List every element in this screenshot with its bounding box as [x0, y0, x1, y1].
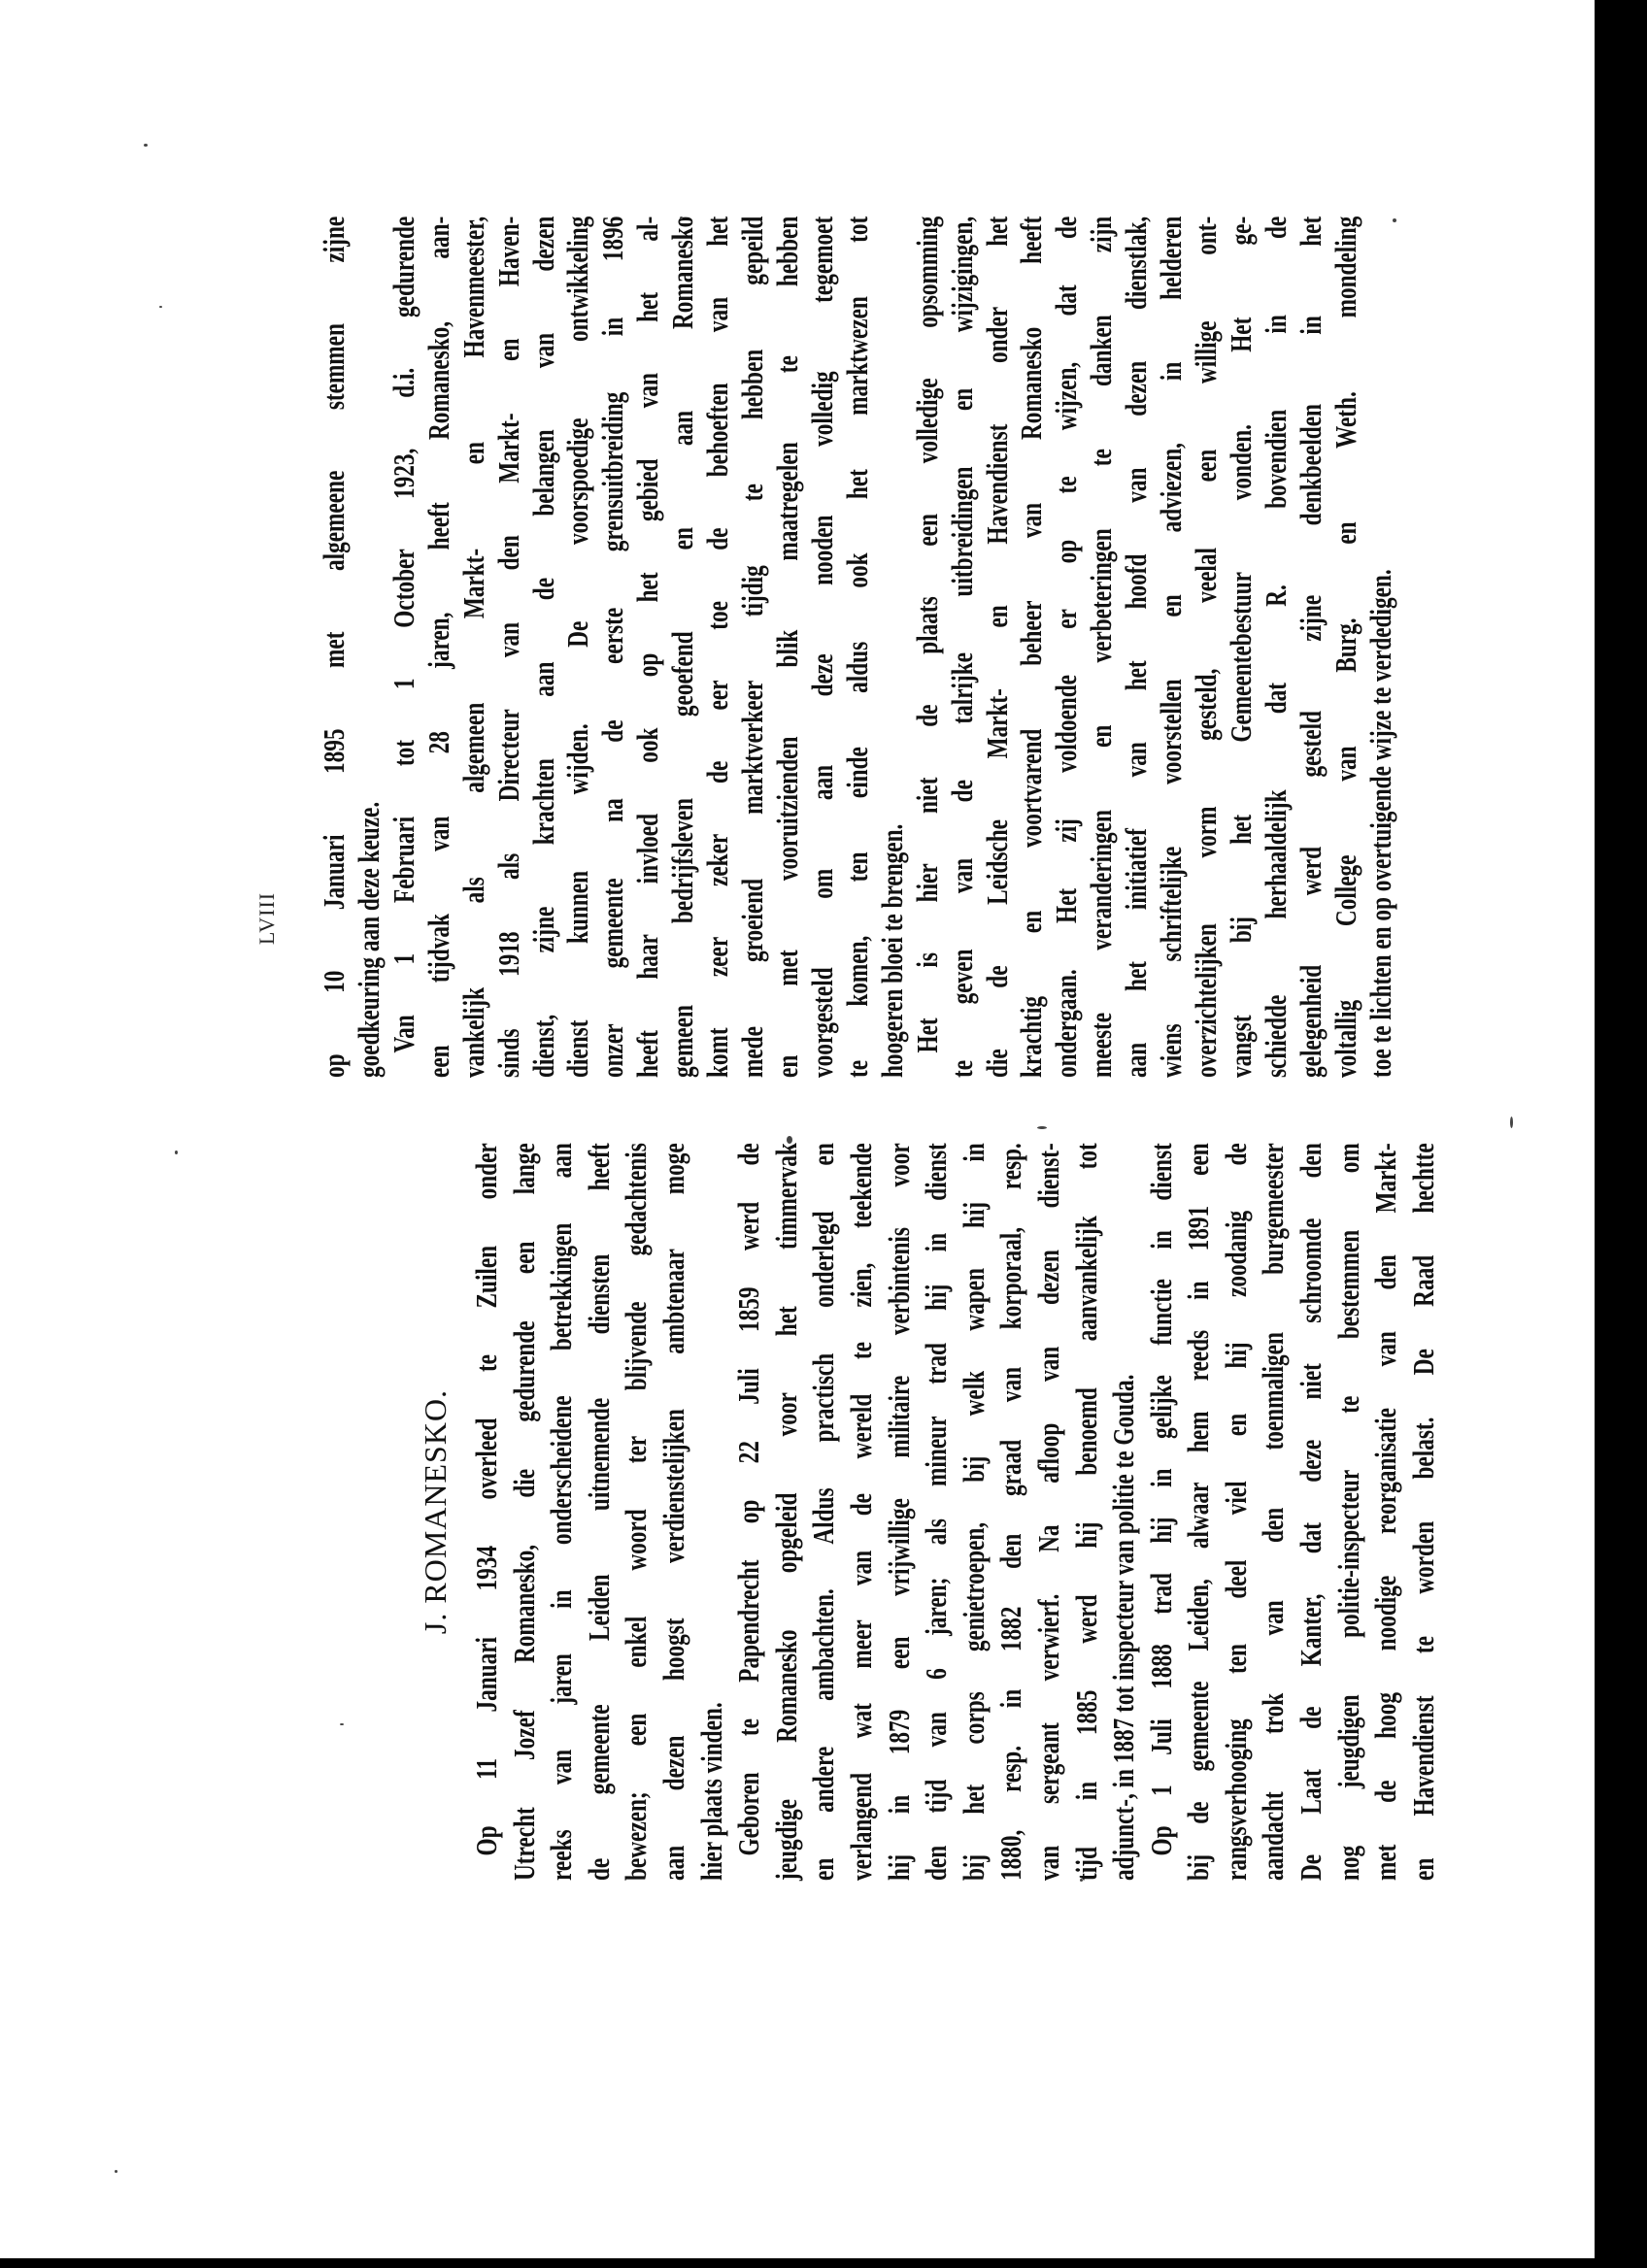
- text-line: dienst, zijne krachten aan de belangen v…: [526, 217, 561, 1078]
- text-line: heeft haar invloed ook op het gebied van…: [630, 217, 665, 1078]
- article-title: J. ROMANESKO.: [418, 1143, 454, 1881]
- text-line: op 10 Januari 1895 met algemeene stemmen…: [317, 217, 352, 1078]
- text-line: aan het initiatief van het hoofd van dez…: [1119, 217, 1154, 1078]
- text-line: onzer gemeente na de eerste grensuitbrei…: [595, 217, 630, 1078]
- text-line: hij in 1879 een vrijwillige militaire ve…: [881, 1143, 919, 1881]
- text-line: Van 1 Februari tot 1 October 1923, d.i. …: [387, 217, 421, 1078]
- text-line: vankelijk als algemeen Markt- en Havenme…: [456, 217, 491, 1078]
- text-line: aandacht trok van den toenmaligen burgem…: [1255, 1143, 1293, 1881]
- text-line: bij het corps genietroepen, bij welk wap…: [956, 1143, 993, 1881]
- text-line: Op 11 Januari 1934 overleed te Zuilen on…: [468, 1143, 506, 1881]
- text-line: Op 1 Juli 1888 trad hij in gelijke funct…: [1143, 1143, 1181, 1881]
- scan-speck: [1080, 1879, 1083, 1882]
- text-line: hoogeren bloei te brengen.: [875, 217, 910, 1078]
- text-line: en met vooruitzienden blik maatregelen t…: [770, 217, 805, 1078]
- text-line: nog jeugdigen politie-inspecteur te best…: [1330, 1143, 1368, 1881]
- text-line: sinds 1918 als Directeur van den Markt- …: [491, 217, 526, 1078]
- text-line: te geven van de talrijke uitbreidingen e…: [945, 217, 980, 1078]
- text-line: den tijd van 6 jaren; als mineur trad hi…: [918, 1143, 956, 1881]
- scan-speck: [787, 1136, 792, 1144]
- text-line: goedkeuring aan deze keuze.: [352, 217, 387, 1078]
- text-line: wiens schriftelijke voorstellen en advie…: [1154, 217, 1189, 1078]
- scan-speck: [680, 217, 683, 219]
- text-line: rangsverhooging ten deel viel en hij zoo…: [1218, 1143, 1256, 1881]
- text-line: Geboren te Papendrecht op 22 Juli 1859 w…: [730, 1143, 768, 1881]
- text-line: meeste veranderingen en verbeteringen te…: [1084, 217, 1119, 1078]
- text-line: aan dezen hoogst verdienstelijken ambten…: [655, 1143, 693, 1881]
- text-line: ondergaan. Het zij voldoende er op te wi…: [1049, 217, 1084, 1078]
- text-line: schiedde herhaaldelijk dat R. bovendien …: [1259, 217, 1294, 1078]
- text-line: dienst kunnen wijden. De voorspoedige on…: [560, 217, 595, 1078]
- text-column-left: Op 11 Januari 1934 overleed te Zuilen on…: [468, 1143, 1442, 1881]
- text-line: komt zeer zeker de eer toe de behoeften …: [700, 217, 735, 1078]
- text-line: tijd in 1885 werd hij benoemd aanvankeli…: [1068, 1143, 1106, 1881]
- text-line: De Laat de Kanter, dat deze niet schroom…: [1293, 1143, 1330, 1881]
- scan-speck: [1510, 1117, 1513, 1128]
- text-line: hier plaats vinden.: [693, 1143, 731, 1881]
- scan-speck: [1204, 1641, 1208, 1644]
- text-line: gelegenheid werd gesteld zijne denkbeeld…: [1294, 217, 1328, 1078]
- page-number: LVIII: [254, 870, 280, 967]
- scan-speck: [175, 1151, 178, 1154]
- text-line: met de hoog noodige reorganisatie van de…: [1367, 1143, 1405, 1881]
- text-line: voltallig College van Burg. en Weth. mon…: [1328, 217, 1363, 1078]
- text-line: een tijdvak van 28 jaren, heeft Romanesk…: [421, 217, 456, 1078]
- text-line: Utrecht Jozef Romanesko, die gedurende e…: [506, 1143, 544, 1881]
- text-line: toe te lichten en op overtuigende wijze …: [1363, 217, 1398, 1078]
- text-line: gemeen bedrijfsleven geoefend en aan Rom…: [665, 217, 700, 1078]
- text-line: reeks van jaren in onderscheidene betrek…: [543, 1143, 581, 1881]
- text-line: voorgesteld om aan deze nooden volledig …: [805, 217, 840, 1078]
- rotated-document-page: LVIII J. ROMANESKO. Op 11 Januari 1934 o…: [0, 0, 1595, 2268]
- text-line: en Havendienst te worden belast. De Raad…: [1405, 1143, 1443, 1881]
- text-line: krachtig en voortvarend beheer van Roman…: [1014, 217, 1049, 1078]
- text-line: Het is hier niet de plaats een volledige…: [910, 217, 945, 1078]
- text-line: de gemeente Leiden uitnemende diensten h…: [581, 1143, 619, 1881]
- text-line: te komen, ten einde aldus ook het marktw…: [840, 217, 875, 1078]
- text-line: verlangend wat meer van de wereld te zie…: [843, 1143, 881, 1881]
- text-line: bij de gemeente Leiden, alwaar hem reeds…: [1180, 1143, 1218, 1881]
- text-line: overzichtelijken vorm gesteld, veelal ee…: [1189, 217, 1224, 1078]
- text-line: 1880, resp. in 1882 den graad van korpor…: [992, 1143, 1030, 1881]
- scan-edge-right-bar: [1595, 0, 1647, 2268]
- scan-speck: [144, 144, 148, 147]
- scan-speck: [1037, 1126, 1047, 1129]
- text-line: adjunct-, in 1887 tot inspecteur van pol…: [1105, 1143, 1143, 1881]
- scan-speck: [115, 2170, 118, 2173]
- scan-speck: [159, 306, 162, 308]
- text-line: vangst bij het Gemeentebestuur vonden. H…: [1224, 217, 1259, 1078]
- text-line: mede groeiend marktverkeer tijdig te heb…: [735, 217, 770, 1078]
- text-line: en andere ambachten. Aldus practisch ond…: [805, 1143, 843, 1881]
- scan-speck: [1393, 218, 1396, 222]
- text-line: jeugdige Romanesko opgeleid voor het tim…: [768, 1143, 806, 1881]
- text-line: bewezen; een enkel woord ter blijvende g…: [618, 1143, 655, 1881]
- text-column-right: op 10 Januari 1895 met algemeene stemmen…: [317, 217, 1398, 1078]
- text-line: die de Leidsche Markt- en Havendienst on…: [980, 217, 1015, 1078]
- scan-speck: [340, 1723, 344, 1725]
- text-line: van sergeant verwierf. Na afloop van dez…: [1030, 1143, 1068, 1881]
